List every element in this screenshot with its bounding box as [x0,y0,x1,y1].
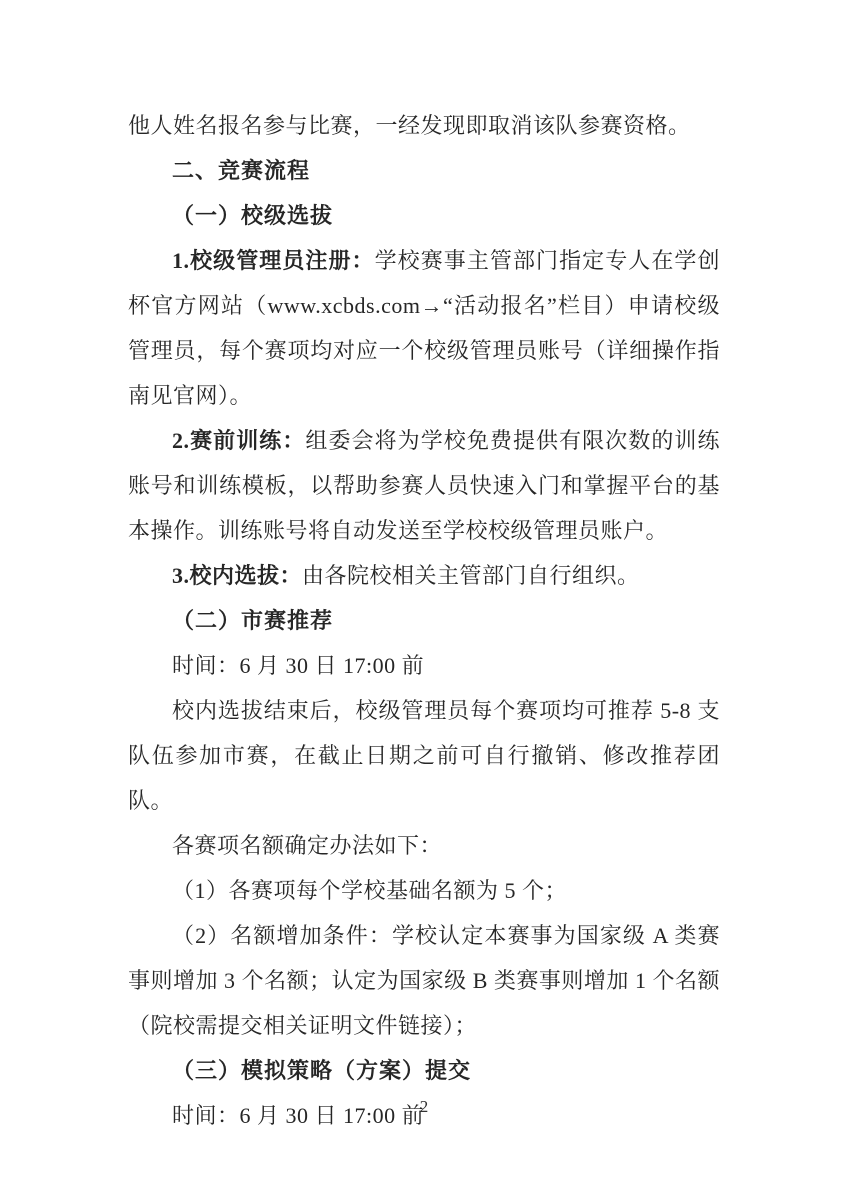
body-paragraph: 各赛项名额确定办法如下： [128,823,720,868]
paragraph-text: 他人姓名报名参与比赛，一经发现即取消该队参赛资格。 [128,113,691,138]
document-body: 他人姓名报名参与比赛，一经发现即取消该队参赛资格。二、竞赛流程（一）校级选拔1.… [128,103,720,1138]
body-paragraph: 他人姓名报名参与比赛，一经发现即取消该队参赛资格。 [128,103,720,148]
paragraph-text: （二）市赛推荐 [172,608,333,633]
body-paragraph: 1.校级管理员注册：学校赛事主管部门指定专人在学创杯官方网站（www.xcbds… [128,238,720,418]
paragraph-text: （1）各赛项每个学校基础名额为 5 个； [172,878,567,903]
page-footer: 2 [0,1096,848,1118]
body-paragraph: 3.校内选拔：由各院校相关主管部门自行组织。 [128,553,720,598]
paragraph-text: 二、竞赛流程 [172,158,310,183]
paragraph-lead: 2.赛前训练： [172,428,305,453]
paragraph-lead: 1.校级管理员注册： [172,248,375,273]
body-paragraph: 校内选拔结束后，校级管理员每个赛项均可推荐 5-8 支队伍参加市赛，在截止日期之… [128,688,720,823]
paragraph-text: 各赛项名额确定办法如下： [172,833,442,858]
paragraph-text: 由各院校相关主管部门自行组织。 [302,563,640,588]
document-page: 他人姓名报名参与比赛，一经发现即取消该队参赛资格。二、竞赛流程（一）校级选拔1.… [0,0,848,1200]
subsection-heading: （一）校级选拔 [128,193,720,238]
subsection-heading: （三）模拟策略（方案）提交 [128,1048,720,1093]
body-paragraph: （2）名额增加条件：学校认定本赛事为国家级 A 类赛事则增加 3 个名额；认定为… [128,913,720,1048]
body-paragraph: 2.赛前训练：组委会将为学校免费提供有限次数的训练账号和训练模板，以帮助参赛人员… [128,418,720,553]
paragraph-text: 校内选拔结束后，校级管理员每个赛项均可推荐 5-8 支队伍参加市赛，在截止日期之… [128,698,720,813]
paragraph-lead: 3.校内选拔： [172,563,302,588]
paragraph-text: （2）名额增加条件：学校认定本赛事为国家级 A 类赛事则增加 3 个名额；认定为… [128,923,720,1038]
section-heading: 二、竞赛流程 [128,148,720,193]
paragraph-text: （一）校级选拔 [172,203,333,228]
paragraph-text: 时间：6 月 30 日 17:00 前 [172,653,424,678]
body-paragraph: 时间：6 月 30 日 17:00 前 [128,643,720,688]
paragraph-text: （三）模拟策略（方案）提交 [172,1058,471,1083]
page-number: 2 [420,1097,429,1116]
subsection-heading: （二）市赛推荐 [128,598,720,643]
body-paragraph: （1）各赛项每个学校基础名额为 5 个； [128,868,720,913]
